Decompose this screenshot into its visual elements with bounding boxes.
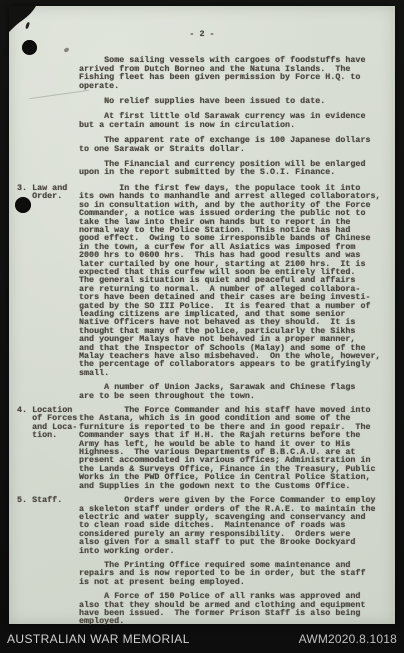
paragraph: In the first few days, the populace took… — [79, 184, 387, 377]
section-staff: 5. Staff. Orders were given by the Force… — [9, 496, 395, 632]
paragraph: The Printing Office required some mainte… — [79, 561, 387, 586]
punch-hole-middle — [15, 197, 31, 213]
section-body: The Force Commander and his staff have m… — [79, 406, 387, 496]
section-body: In the first few days, the populace took… — [79, 184, 387, 406]
paragraph: Orders were given by the Force Commander… — [79, 496, 387, 555]
archive-footer: AUSTRALIAN WAR MEMORIAL AWM2020.8.1018 — [0, 624, 404, 653]
paragraph: The apparent rate of exchange is 100 Jap… — [79, 136, 387, 153]
paragraph: The Force Commander and his staff have m… — [79, 406, 387, 490]
archive-item-id: AWM2020.8.1018 — [299, 632, 397, 646]
paragraph: Some sailing vessels with cargoes of foo… — [79, 56, 387, 90]
paragraph: No relief supplies have been issued to d… — [79, 97, 387, 105]
scan-mount-background: - 2 - Some sailing vessels with cargoes … — [0, 0, 404, 653]
page-number: - 2 - — [9, 30, 395, 38]
intro-paragraphs: Some sailing vessels with cargoes of foo… — [79, 56, 387, 176]
torn-corner — [9, 6, 39, 36]
section-law-and-order: 3. Law and Order. In the first few days,… — [9, 184, 395, 406]
document-page: - 2 - Some sailing vessels with cargoes … — [9, 6, 395, 624]
punch-hole-top — [22, 40, 37, 55]
archive-name: AUSTRALIAN WAR MEMORIAL — [7, 632, 190, 646]
paragraph: A Force of 150 Police of all ranks was a… — [79, 592, 387, 626]
paragraph: A number of Union Jacks, Sarawak and Chi… — [79, 383, 387, 400]
paragraph: At first little old Sarawak currency was… — [79, 112, 387, 129]
section-location-of-forces: 4. Location of Forces and Loca- tion. Th… — [9, 406, 395, 496]
paragraph: The Financial and currency position will… — [79, 160, 387, 177]
section-label: 4. Location of Forces and Loca- tion. — [17, 406, 79, 440]
section-label: 5. Staff. — [17, 496, 79, 504]
section-body: Orders were given by the Force Commander… — [79, 496, 387, 632]
paper-speck — [64, 47, 70, 52]
